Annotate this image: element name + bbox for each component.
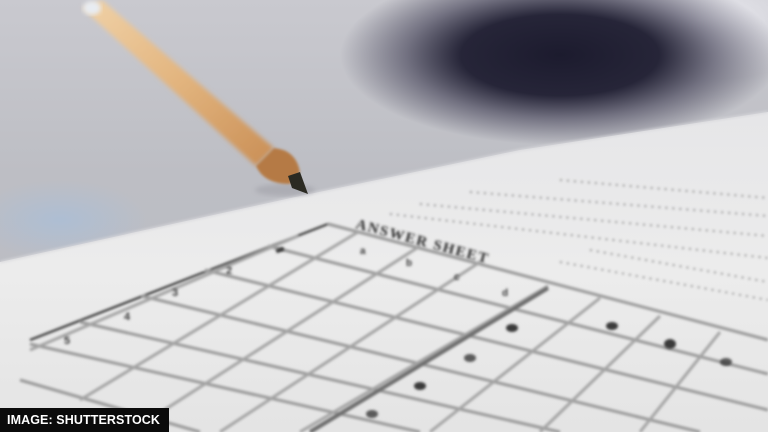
svg-text:b: b — [406, 258, 412, 269]
svg-text:5: 5 — [64, 335, 70, 347]
photo: ANSWER SHEET 2 3 4 5 a b c d — [0, 0, 768, 432]
svg-text:a: a — [360, 246, 366, 257]
svg-text:4: 4 — [124, 311, 131, 323]
pencil — [82, 0, 315, 196]
svg-text:3: 3 — [172, 287, 178, 299]
svg-text:2: 2 — [226, 265, 232, 277]
answer-sheet-scene: ANSWER SHEET 2 3 4 5 a b c d — [0, 0, 768, 432]
svg-text:c: c — [454, 272, 460, 283]
image-credit: IMAGE: SHUTTERSTOCK — [0, 408, 169, 432]
svg-text:d: d — [502, 288, 508, 299]
